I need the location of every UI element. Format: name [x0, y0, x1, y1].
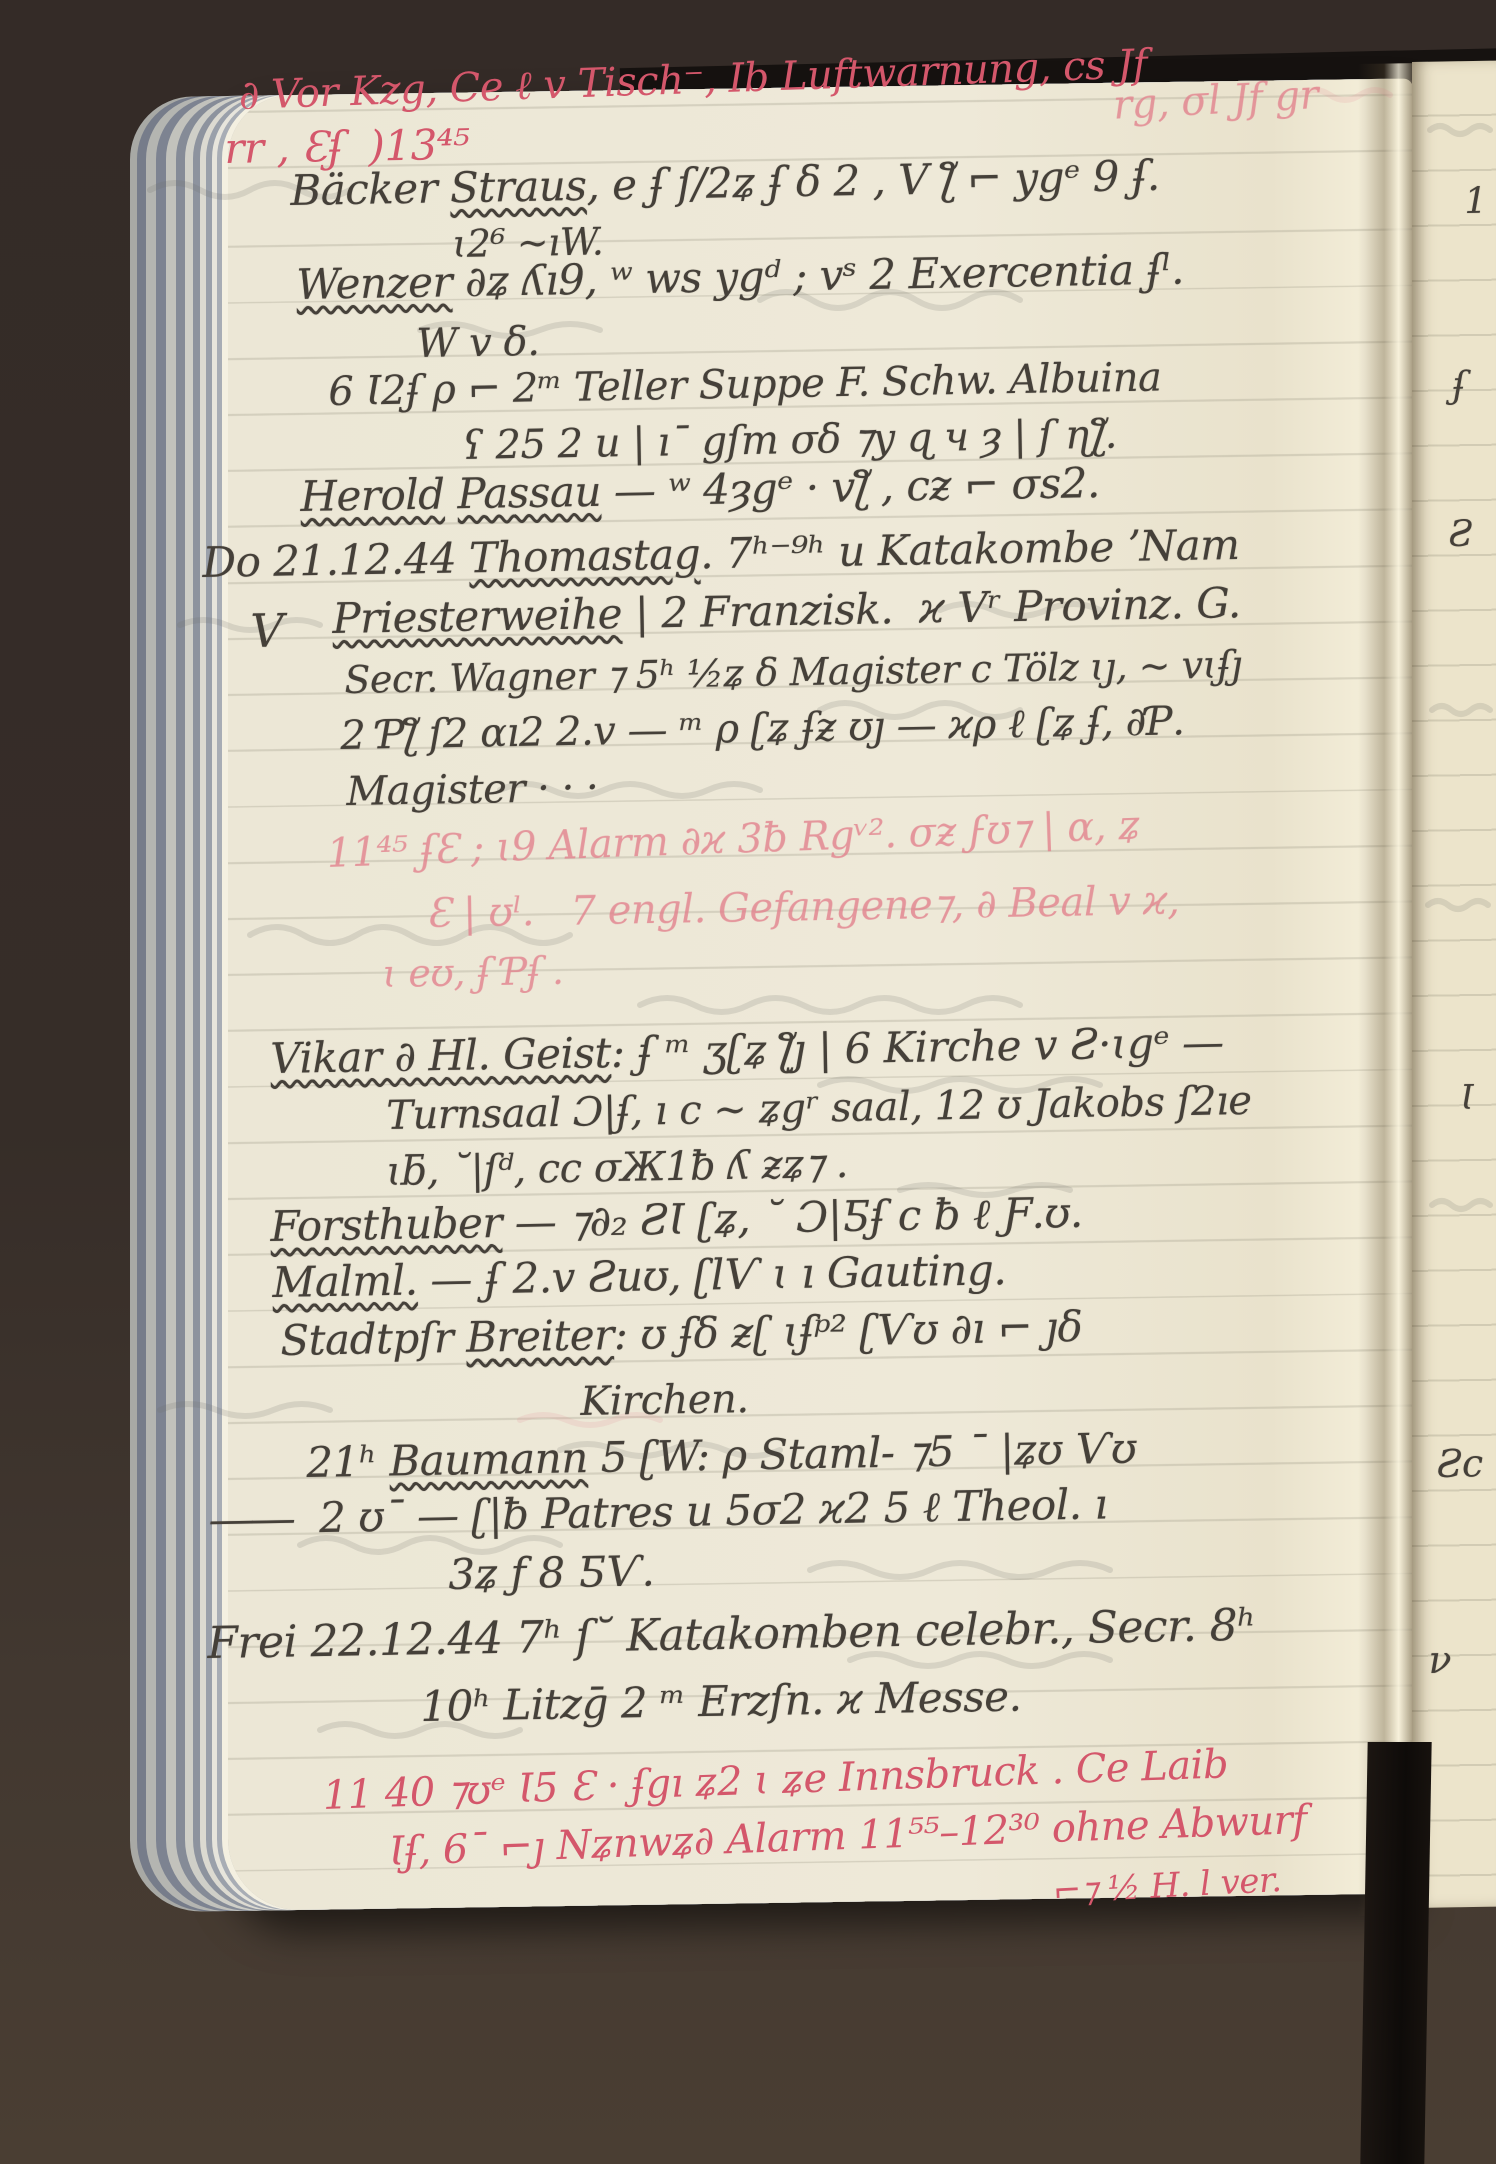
ink-entry-line: Do 21.12.44 Thomastag. 7ʰ⁻⁹ʰ u Katakombe… [202, 522, 1240, 586]
underlined-word: Priesterweihe [332, 589, 622, 643]
red-annotation-line: ∂ Vor Kzg, Ce ℓ v Tisch⁻, Ib Luftwarnung… [238, 42, 1148, 118]
handwriting-text: 21ʰ [306, 1437, 390, 1487]
ink-entry-line: W v δ. [416, 320, 540, 366]
handwriting-text: ⌐⁊ ½ H. l ver. [1052, 1860, 1282, 1912]
underlined-word: Thomastag [469, 529, 701, 582]
handwriting-text: . 7ʰ⁻⁹ʰ u Katakombe ʼNam [700, 520, 1240, 578]
ink-entry-line: Kirchen. [580, 1377, 749, 1424]
handwriting-text: ɩƃ, ˘|ſᵈ, cc σЖ1ƀ ʎ ƶʑ⁊ . [386, 1141, 848, 1195]
ink-entry-line: 10ʰ Litzḡ 2 ᵐ Erzſn. ϰ Messe. [420, 1674, 1022, 1731]
handwriting-text: — ʷ 4ȝgᵉ · vƪ , cƶ ⌐ σs2. [601, 458, 1101, 516]
handwriting-text: Secr. Wagner ⁊ 5ʰ ½ʑ δ Magister c Tölz ɩ… [344, 642, 1242, 702]
ink-entry-line: 21ʰ Baumann 5 ʗW: ρ Staml- ⁊5 ˉ |ʑʊ Ѵʊ [306, 1426, 1137, 1487]
underlined-word: Forsthuber [270, 1198, 502, 1251]
handwriting-text: 3ʑ ƒ 8 ƼѴ. [448, 1546, 655, 1599]
red-annotation-line: ɩ eʊ, ʄ Ƥʄ . [382, 951, 564, 996]
handwriting-text: rg, σl Jf gr [1112, 72, 1319, 129]
handwriting-text [444, 469, 458, 518]
ink-entry-line: Wenzer ∂ʑ ʎı9, ʷ ws ygᵈ ; vˢ 2 Exercenti… [296, 247, 1184, 309]
handwriting-text: Ɩ [1460, 1078, 1474, 1118]
underlined-word: Vikar ∂ Hl. Geist [270, 1028, 611, 1083]
underlined-word: Straus [450, 161, 587, 212]
ink-entry-line: Stadtpſr Breiter: ʊ ʄδ ƶʗ ɩʄᵖ² ʗѴʊ ∂ı ⌐ … [280, 1304, 1083, 1364]
underlined-word: Baumann [389, 1433, 588, 1485]
ink-entry-line: Herold Passau — ʷ 4ȝgᵉ · vƪ , cƶ ⌐ σs2. [300, 460, 1100, 520]
ink-entry-line: V [250, 605, 284, 656]
handwriting-text: Ɛ | ʊˡ. 7 engl. Gefangene⁊, ∂ Beal v ϰ, [426, 878, 1180, 937]
handwriting-text: ɩ eʊ, ʄ Ƥʄ . [382, 949, 564, 996]
handwriting-text: — ʄ 2.v Ƨuʊ, ʗlѴ ɩ ı Gauting. [417, 1245, 1006, 1304]
handwriting-text: Magister · · · [346, 765, 599, 815]
underlined-word: Breiter [466, 1310, 614, 1362]
handwriting-text: Kirchen. [580, 1376, 749, 1425]
right-page-fragment: 1 [1464, 182, 1487, 222]
handwriting-text: Bäcker [290, 163, 451, 215]
right-page-fragment: ʄ [1452, 366, 1466, 406]
right-page-fragment: ν [1428, 1640, 1451, 1682]
handwriting-text: Ƨ [1448, 514, 1473, 555]
handwriting-text: 11⁴⁵ ʄƐ ; ɩ9 Alarm ∂ϰ 3ƀ Rgᵛ². σƶ ϝʊ⁊ | … [326, 803, 1141, 877]
handwriting-text: V [250, 603, 284, 658]
ink-entry-line: Vikar ∂ Hl. Geist: ʄ ᵐ ʒʗʑ ƪȷ | 6 Kirche… [270, 1019, 1224, 1082]
handwriting-text: : ʄ ᵐ ʒʗʑ ƪȷ | 6 Kirche v Ƨ·ɩgᵉ — [610, 1017, 1223, 1077]
handwriting-text: 10ʰ Litzḡ 2 ᵐ Erzſn. ϰ Messe. [420, 1672, 1022, 1731]
handwriting-text: ν [1428, 1638, 1451, 1682]
handwriting-text: 2 Ƥƪ ſ2 ɑı2 2.v — ᵐ ρ ʗʑ ʄƶ ʊȷ — ϰρ ℓ ʗʑ… [340, 698, 1185, 759]
handwriting-text: ʄ [1452, 365, 1466, 406]
handwriting-text: ∂ Vor Kzg, Ce ℓ v Tisch⁻, Ib Luftwarnung… [238, 41, 1148, 119]
ink-entry-line: 3ʑ ƒ 8 ƼѴ. [448, 1548, 655, 1598]
underlined-word: Herold [300, 469, 445, 521]
handwriting-text: | 2 Franzisk. ϰ Vʳ Provinz. G. [622, 578, 1241, 638]
right-page-fragment: Ƨ [1448, 515, 1473, 555]
ink-entry-line: Turnsaal Ɔ|ʄ, ı c ∼ ʑgʳ saal, 12 ʊ Jakob… [386, 1079, 1252, 1138]
handwriting-text: — ⁊∂₂ ƧƖ ʗʑ, ˘ Ɔ|Ƽʄ c ƀ ℓ Ƒ.ʊ. [501, 1188, 1083, 1247]
handwriting-layer: ∂ Vor Kzg, Ce ℓ v Tisch⁻, Ib Luftwarnung… [0, 0, 1496, 2164]
right-page-fragment: Ƨc [1436, 1443, 1483, 1486]
ink-entry-line: Priesterweihe | 2 Franzisk. ϰ Vʳ Provinz… [332, 580, 1241, 642]
ink-entry-line: Secr. Wagner ⁊ 5ʰ ½ʑ δ Magister c Tölz ɩ… [344, 644, 1242, 701]
ink-entry-line: 2 Ƥƪ ſ2 ɑı2 2.v — ᵐ ρ ʗʑ ʄƶ ʊȷ — ϰρ ℓ ʗʑ… [340, 699, 1185, 758]
handwriting-text: 1 [1464, 181, 1487, 222]
red-annotation-line: rg, σl Jf gr [1112, 73, 1319, 128]
handwriting-text: Stadtpſr [280, 1313, 467, 1365]
underlined-word: Passau [457, 467, 601, 518]
right-page-fragment: Ɩ [1460, 1080, 1474, 1118]
red-annotation-line: Ɛ | ʊˡ. 7 engl. Gefangene⁊, ∂ Beal v ϰ, [426, 879, 1180, 936]
handwriting-text: Turnsaal Ɔ|ʄ, ı c ∼ ʑgʳ saal, 12 ʊ Jakob… [386, 1078, 1252, 1139]
ink-entry-line: Magister · · · [346, 766, 599, 814]
red-annotation-line: ⌐⁊ ½ H. l ver. [1052, 1862, 1282, 1911]
handwriting-text: , e ʄ ſ/2ʑ ʄ δ 2 , V ƪ ⌐ ygᵉ 9 ʄ. [586, 151, 1160, 210]
handwriting-text: Do 21.12.44 [202, 533, 470, 587]
handwriting-text: Frei 22.12.44 7ʰ ſ˘ Katakomben celebr., … [207, 1600, 1256, 1669]
ink-entry-line: Malml. — ʄ 2.v Ƨuʊ, ʗlѴ ɩ ı Gauting. [272, 1247, 1006, 1306]
ink-entry-line: Forsthuber — ⁊∂₂ ƧƖ ʗʑ, ˘ Ɔ|Ƽʄ c ƀ ℓ Ƒ.ʊ… [270, 1190, 1083, 1250]
handwriting-text: W v δ. [416, 319, 540, 367]
ink-entry-line: ―― 2 ʊˉ — ʗ|ƀ Patres u 5σ2 ϰ2 5 ℓ Theol.… [210, 1481, 1108, 1543]
red-annotation-line: 11⁴⁵ ʄƐ ; ɩ9 Alarm ∂ϰ 3ƀ Rgᵛ². σƶ ϝʊ⁊ | … [326, 804, 1141, 876]
underlined-word: Malml. [272, 1255, 418, 1307]
ink-entry-line: ɩƃ, ˘|ſᵈ, cc σЖ1ƀ ʎ ƶʑ⁊ . [386, 1142, 848, 1194]
handwriting-text: : ʊ ʄδ ƶʗ ɩʄᵖ² ʗѴʊ ∂ı ⌐ ȷδ [613, 1302, 1083, 1359]
photographed-diary-scene: ∂ Vor Kzg, Ce ℓ v Tisch⁻, Ib Luftwarnung… [0, 0, 1496, 2164]
handwriting-text: 5 ʗW: ρ Staml- ⁊5 ˉ |ʑʊ Ѵʊ [587, 1424, 1136, 1483]
handwriting-text: Ƨc [1436, 1441, 1483, 1486]
ink-entry-line: Frei 22.12.44 7ʰ ſ˘ Katakomben celebr., … [207, 1602, 1256, 1669]
underlined-word: Wenzer [296, 257, 453, 309]
handwriting-text: ―― 2 ʊˉ — ʗ|ƀ Patres u 5σ2 ϰ2 5 ℓ Theol.… [210, 1479, 1108, 1544]
